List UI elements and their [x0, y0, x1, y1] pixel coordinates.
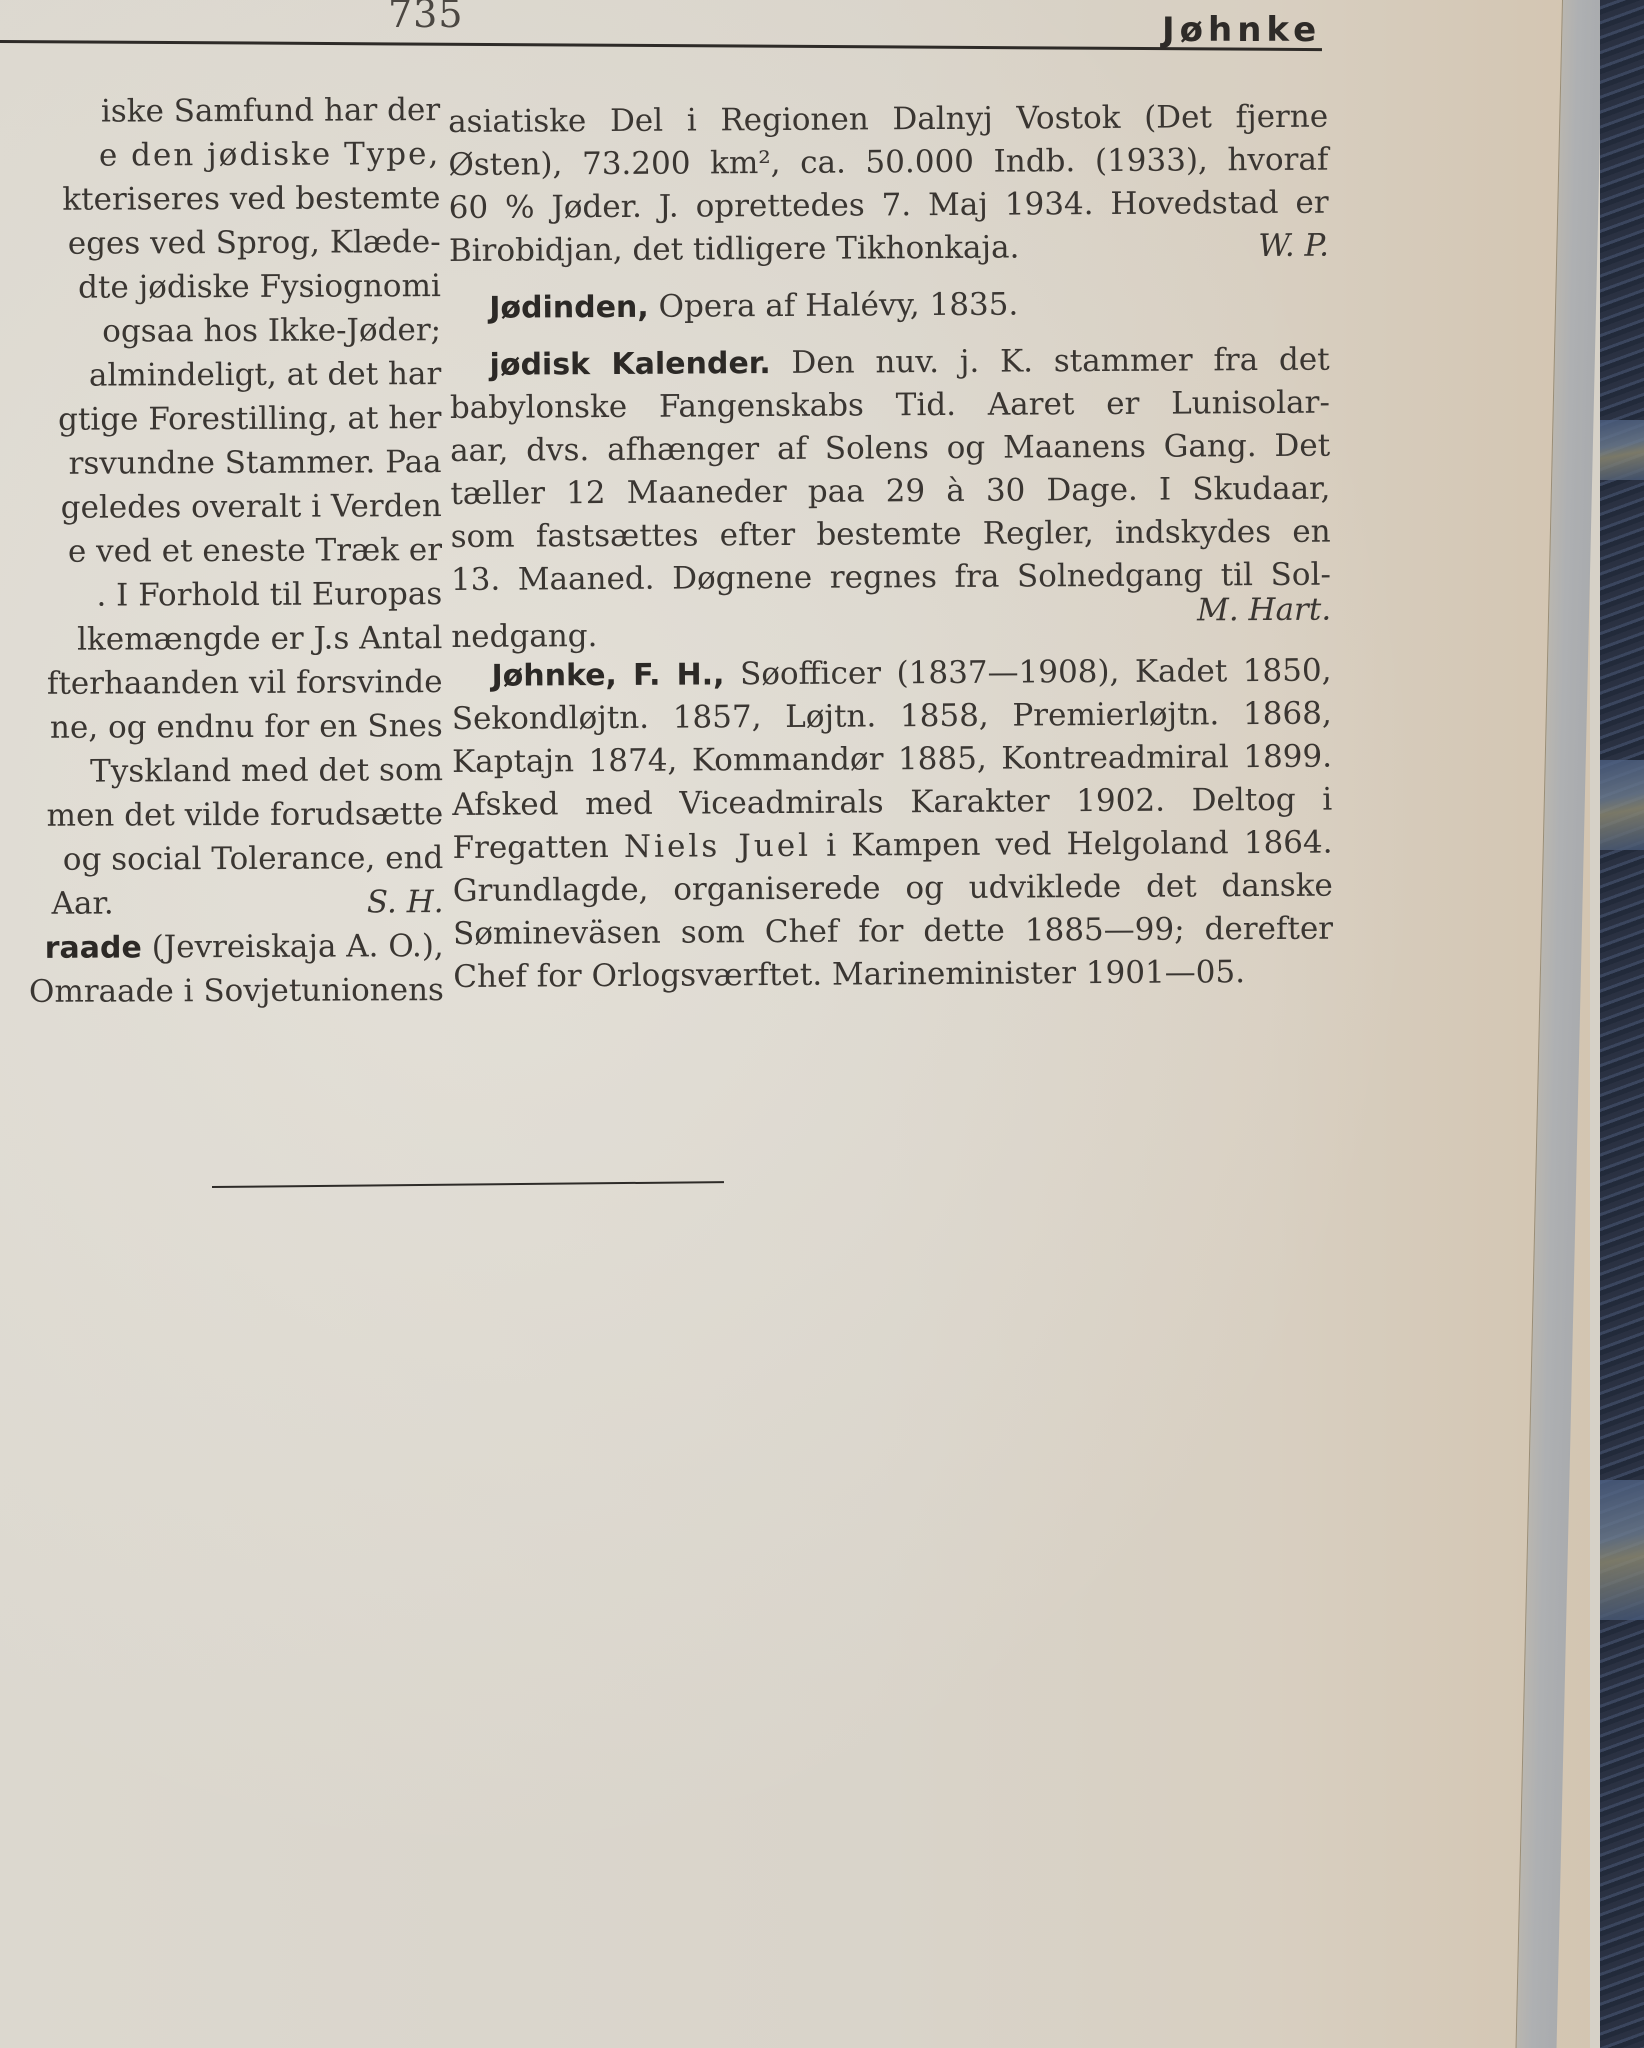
running-head: Jøhnke: [1162, 10, 1321, 50]
entry-jodinden: Jødinden, Opera af Halévy, 1835.: [449, 280, 1369, 329]
header-rule: [0, 40, 1322, 51]
text-line: Østen), 73.200 km², ca. 50.000 Indb. (19…: [448, 138, 1328, 186]
entry-headword: Jødinden,: [489, 290, 649, 326]
text-line-with-signature: Birobidjan, det tidligere Tikhonkaja. W.…: [449, 224, 1329, 272]
entry-text: Søofficer (1837—1908), Kadet 1850,: [724, 653, 1331, 693]
end-rule: [212, 1181, 724, 1188]
text-line: Grundlagde, organiserede og udviklede de…: [453, 864, 1333, 912]
marbled-cover: [1600, 0, 1644, 2048]
text-line: 60 % Jøder. J. oprettedes 7. Maj 1934. H…: [449, 181, 1329, 229]
text-line: e ved et eneste Træk er: [2, 528, 442, 574]
entry-headword: jødisk Kalender.: [490, 346, 771, 383]
text-line: asiatiske Del i Regionen Dalnyj Vostok (…: [448, 95, 1328, 143]
right-column: asiatiske Del i Regionen Dalnyj Vostok (…: [448, 95, 1343, 998]
marble-streak: [1600, 760, 1644, 850]
text-line: rsvundne Stammer. Paa: [2, 440, 442, 486]
marble-streak: [1600, 1480, 1644, 1620]
text-line: babylonske Fangenskabs Tid. Aaret er Lun…: [450, 381, 1330, 429]
text-fragment: Aar.: [3, 882, 113, 926]
text-line: Tyskland med det som: [3, 748, 443, 794]
text-line: tæller 12 Maaneder paa 29 à 30 Dage. I S…: [450, 467, 1330, 515]
text-line: Afsked med Viceadmirals Karakter 1902. D…: [452, 778, 1332, 826]
text-line: e den jødiske Type,: [0, 132, 440, 178]
entry-jodisk-kalender: jødisk Kalender. Den nuv. j. K. stammer …: [449, 338, 1329, 386]
text-line: iske Samfund har der: [0, 88, 440, 134]
text-line: dte jødiske Fysiognomi: [1, 264, 441, 310]
author-signature: M. Hart.: [1197, 588, 1331, 633]
text-line-with-signature: nedgang. M. Hart.: [451, 596, 1331, 644]
author-signature: W. P.: [1258, 224, 1329, 267]
text-line: ne, og endnu for en Snes: [3, 704, 443, 750]
text-line: fterhaanden vil forsvinde: [2, 660, 442, 706]
ship-name: Niels Juel: [624, 828, 811, 865]
author-signature: S. H.: [367, 880, 444, 924]
entry-text: Opera af Halévy, 1835.: [649, 287, 1019, 325]
text-line: Chef for Orlogsværftet. Marineminister 1…: [453, 950, 1333, 998]
text-line: eges ved Sprog, Klæde-: [1, 220, 441, 266]
text-line: men det vilde forudsætte: [3, 792, 443, 838]
entry-line: raade (Jevreiskaja A. O.),: [4, 924, 444, 970]
entry-headword: raade: [45, 930, 142, 965]
text-line: aar, dvs. afhænger af Solens og Maanens …: [450, 424, 1330, 472]
entry-headword: Jøhnke, F. H.,: [491, 657, 724, 693]
text-fragment: Birobidjan, det tidligere Tikhonkaja.: [449, 226, 1020, 272]
marble-streak: [1600, 420, 1644, 480]
text-fragment: i Kampen ved Helgoland 1864.: [811, 825, 1333, 864]
text-line: Sømineväsen som Chef for dette 1885—99; …: [453, 907, 1333, 955]
text-line: lkemængde er J.s Antal: [2, 616, 442, 662]
page-number: 735: [388, 0, 464, 36]
text-line: og social Tolerance, end: [3, 836, 443, 882]
text-fragment: Fregatten: [452, 829, 624, 866]
text-line: gtige Forestilling, at her: [1, 396, 441, 442]
entry-johnke: Jøhnke, F. H., Søofficer (1837—1908), Ka…: [451, 649, 1331, 697]
text-line: ogsaa hos Ikke-Jøder;: [1, 308, 441, 354]
text-line: geledes overalt i Verden: [2, 484, 442, 530]
text-line: Fregatten Niels Juel i Kampen ved Helgol…: [452, 821, 1332, 869]
text-line: Kaptajn 1874, Kommandør 1885, Kontreadmi…: [452, 735, 1332, 783]
left-column: iske Samfund har der e den jødiske Type,…: [0, 88, 448, 1014]
text-line: kteriseres ved bestemte: [0, 176, 440, 222]
text-line: Omraade i Sovjetunionens: [4, 968, 444, 1014]
text-line: almindeligt, at det har: [1, 352, 441, 398]
text-fragment: (Jevreiskaja A. O.),: [142, 928, 444, 965]
book-page: 735 Jøhnke iske Samfund har der e den jø…: [0, 0, 1590, 2048]
text-line: Sekondløjtn. 1857, Løjtn. 1858, Premierl…: [452, 692, 1332, 740]
text-line: som fastsættes efter bestemte Regler, in…: [451, 510, 1331, 558]
text-line: . I Forhold til Europas: [2, 572, 442, 618]
text-line-with-signature: Aar. S. H.: [3, 880, 443, 926]
entry-text: Den nuv. j. K. stammer fra det: [771, 342, 1330, 381]
